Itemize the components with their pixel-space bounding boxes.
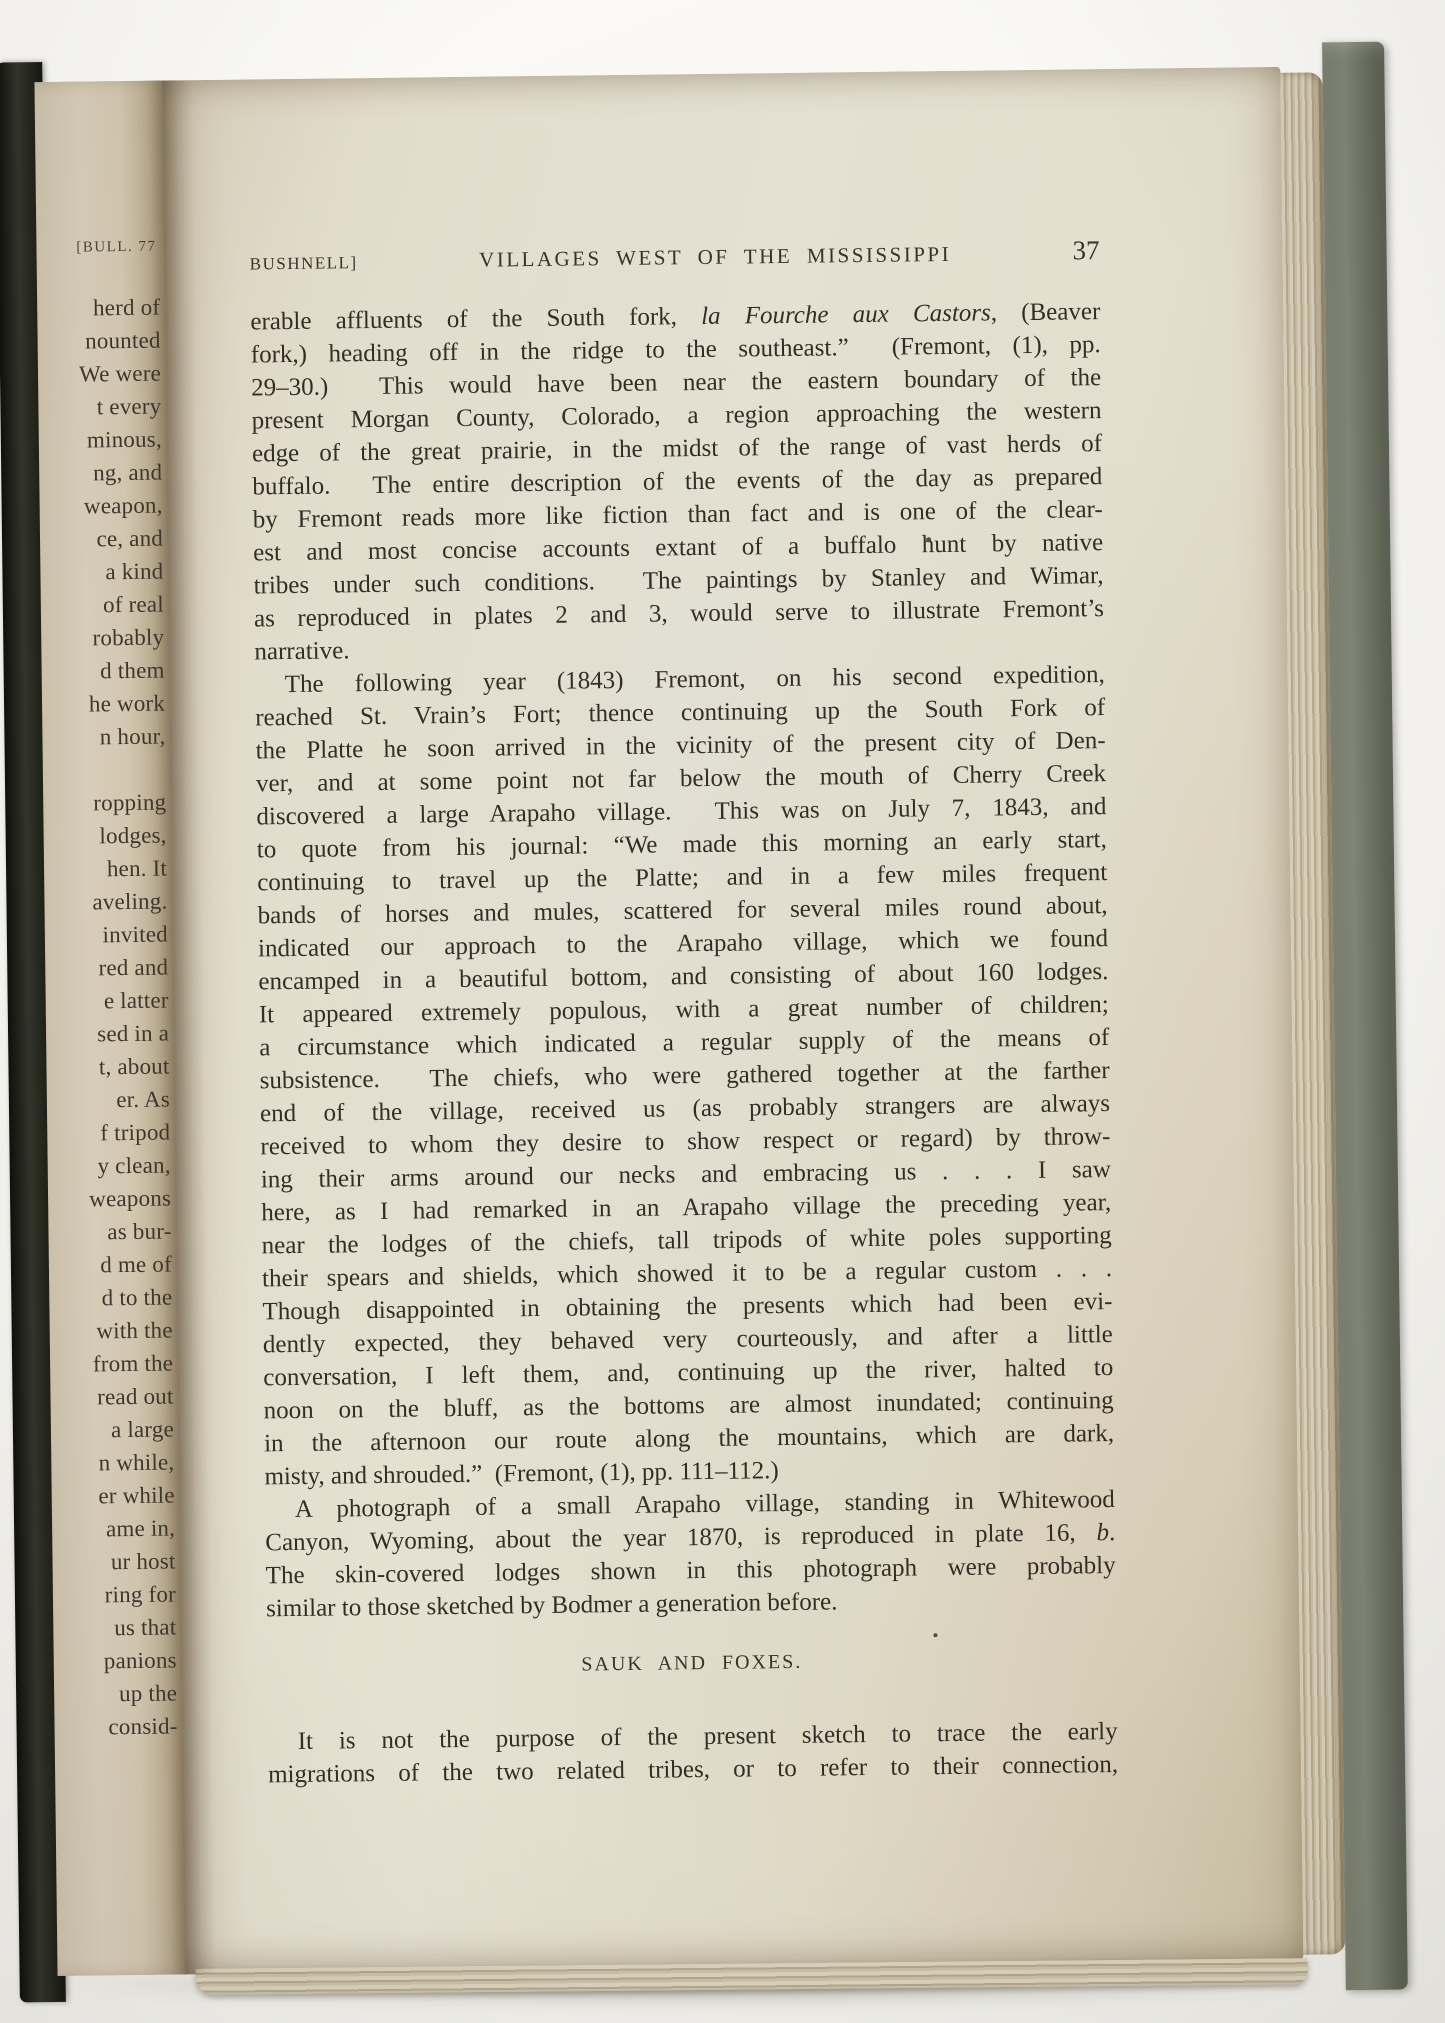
left-text-fragment: lodges, (34, 819, 166, 854)
left-text-fragment: weapon, (34, 489, 162, 524)
left-text-fragment: ring for (34, 1577, 176, 1612)
book-photo: [BULL. 77 herd ofnountedWe weret everymi… (0, 0, 1445, 2023)
plain-text: . (1109, 1519, 1116, 1546)
paragraph: The following year (1843) Fremont, on hi… (255, 658, 1115, 1493)
paragraph: It is not the purpose of the present ske… (268, 1715, 1119, 1791)
left-text-fragment: f tripod (34, 1116, 170, 1151)
running-head-author: BUSHNELL] (250, 253, 358, 274)
paragraph: erable affluents of the South fork, la F… (250, 295, 1104, 668)
left-text-fragment: We were (34, 357, 161, 392)
left-text-fragment: up the (34, 1676, 177, 1711)
left-text-fragment: er. As (34, 1083, 170, 1118)
left-text-fragment: herd of (34, 291, 160, 326)
left-text-fragment: he work (34, 687, 165, 722)
left-text-fragment: us that (34, 1610, 176, 1645)
left-text-fragment: read out (34, 1379, 173, 1414)
left-text-fragment: y clean, (34, 1149, 170, 1184)
left-text-fragment: minous, (34, 423, 162, 458)
italic-text: la Fourche aux Castors (701, 299, 991, 330)
left-text-fragment: n hour, (34, 720, 165, 755)
left-text-fragment: consid- (34, 1709, 177, 1744)
left-text-fragment: d me of (34, 1248, 172, 1283)
left-text-fragment: t, about (34, 1050, 169, 1085)
left-text-fragment: ropping (34, 786, 166, 821)
dust-speck (933, 1633, 937, 1637)
italic-text: b (1096, 1519, 1109, 1546)
open-book: [BULL. 77 herd ofnountedWe weret everymi… (0, 42, 1410, 2007)
left-text-fragment: as bur- (34, 1215, 171, 1250)
left-text-fragment: a large (34, 1412, 174, 1447)
left-text-fragment: ame in, (34, 1511, 175, 1546)
left-text-fragment: of real (34, 588, 164, 623)
left-page-partial: [BULL. 77 herd ofnountedWe weret everymi… (34, 81, 187, 1976)
left-text-fragment: ce, and (34, 522, 163, 557)
left-text-fragment: panions (34, 1643, 176, 1678)
left-text-fragment: aveling. (34, 885, 167, 920)
page-number: 37 (1072, 235, 1099, 266)
running-head-title: VILLAGES WEST OF THE MISSISSIPPI (357, 240, 1072, 274)
left-text-fragment: e latter (34, 984, 168, 1019)
left-text-fragment: red and (34, 951, 168, 986)
left-text-fragment: ur host (34, 1544, 175, 1579)
left-page-running-head: [BULL. 77 (76, 239, 156, 257)
paragraph: A photograph of a small Arapaho village,… (265, 1483, 1117, 1625)
left-text-fragment: a kind (34, 555, 163, 590)
left-text-fragment: weapons (34, 1182, 171, 1217)
left-text-fragment: d them (34, 654, 164, 689)
left-text-fragment: from the (34, 1347, 173, 1382)
right-page: BUSHNELL] VILLAGES WEST OF THE MISSISSIP… (162, 67, 1303, 1975)
left-text-fragment: robably (34, 621, 164, 656)
plain-text: , (Beaver (991, 298, 1101, 326)
running-head: BUSHNELL] VILLAGES WEST OF THE MISSISSIP… (249, 235, 1099, 276)
left-text-fragment: er while (34, 1478, 174, 1513)
left-text-fragment: with the (34, 1314, 172, 1349)
plain-text: erable affluents of the South fork, (250, 303, 701, 336)
left-text-fragment: nounted (34, 324, 160, 359)
paragraph-gap (34, 753, 166, 788)
left-text-fragment: ng, and (34, 456, 162, 491)
page-body: erable affluents of the South fork, la F… (250, 295, 1118, 1791)
dust-speck (926, 537, 931, 542)
left-text-fragment: d to the (34, 1281, 172, 1316)
left-text-fragment: hen. It (34, 852, 167, 887)
left-text-fragment: sed in a (34, 1017, 169, 1052)
section-heading: SAUK AND FOXES. (267, 1642, 1117, 1685)
left-text-fragment: t every (34, 390, 161, 425)
left-text-fragment: n while, (34, 1445, 174, 1480)
left-page-text-fragments: herd ofnountedWe weret everyminous,ng, a… (34, 291, 177, 1745)
left-text-fragment: invited (34, 918, 168, 953)
